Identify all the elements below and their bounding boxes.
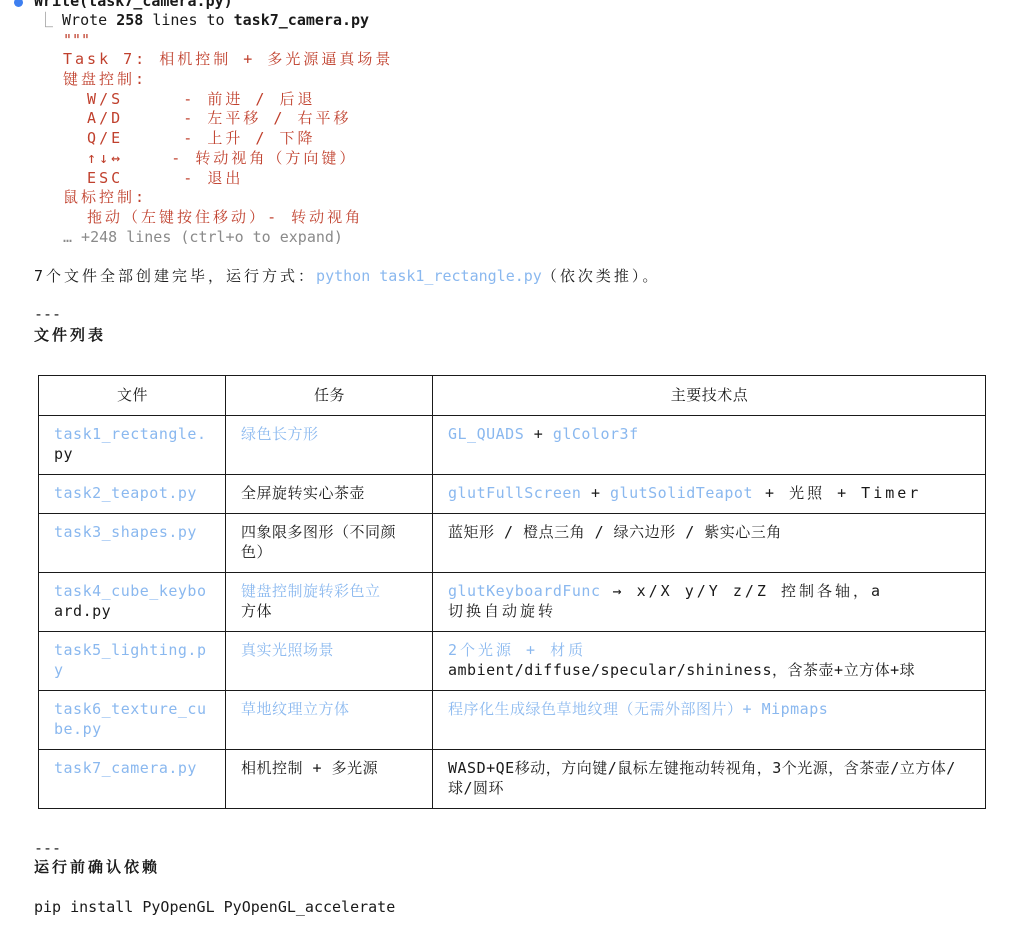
table-row: task3_shapes.py 四象限多图形（不同颜色） 蓝矩形 / 橙点三角 … (39, 514, 986, 573)
table-row: task4_cube_keyboard.py 键盘控制旋转彩色立方体 glutK… (39, 573, 986, 632)
expand-hint[interactable]: … +248 lines (ctrl+o to expand) (63, 227, 343, 247)
status-dot-icon (14, 0, 23, 7)
cell-task: 绿色长方形 (226, 416, 433, 475)
code-line: """ (63, 30, 90, 50)
cell-task: 全屏旋转实心茶壶 (226, 475, 433, 514)
cell-tech: 程序化生成绿色草地纹理（无需外部图片）+ Mipmaps (433, 691, 986, 750)
code-line: 键盘控制: (63, 69, 147, 89)
cell-tech: WASD+QE移动，方向键/鼠标左键拖动转视角，3个光源，含茶壶/立方体/球/圆… (433, 750, 986, 809)
separator: --- (34, 838, 61, 858)
cell-file: task4_cube_keyboard.py (39, 573, 226, 632)
table-row: task2_teapot.py 全屏旋转实心茶壶 glutFullScreen … (39, 475, 986, 514)
column-header-file: 文件 (39, 376, 226, 416)
column-header-task: 任务 (226, 376, 433, 416)
code-line: ↑↓↔ - 转动视角（方向键） (63, 148, 357, 168)
column-header-tech: 主要技术点 (433, 376, 986, 416)
table-row: task6_texture_cube.py 草地纹理立方体 程序化生成绿色草地纹… (39, 691, 986, 750)
cell-file: task5_lighting.py (39, 632, 226, 691)
table-row: task1_rectangle.py 绿色长方形 GL_QUADS + glCo… (39, 416, 986, 475)
code-line: W/S - 前进 / 后退 (63, 89, 315, 109)
tree-branch-icon: ⎿ (38, 11, 62, 29)
cell-task: 草地纹理立方体 (226, 691, 433, 750)
summary-line: 7个文件全部创建完毕，运行方式：python task1_rectangle.p… (34, 266, 660, 286)
table-row: task7_camera.py 相机控制 + 多光源 WASD+QE移动，方向键… (39, 750, 986, 809)
cell-file: task1_rectangle.py (39, 416, 226, 475)
cell-tech: GL_QUADS + glColor3f (433, 416, 986, 475)
code-line: 拖动（左键按住移动）- 转动视角 (63, 207, 363, 227)
cell-file: task2_teapot.py (39, 475, 226, 514)
cell-tech: 2个光源 + 材质ambient/diffuse/specular/shinin… (433, 632, 986, 691)
section-heading-files: 文件列表 (34, 325, 106, 345)
cell-file: task6_texture_cube.py (39, 691, 226, 750)
cell-tech: glutFullScreen + glutSolidTeapot + 光照 + … (433, 475, 986, 514)
code-line: 鼠标控制: (63, 187, 147, 207)
files-table: 文件 任务 主要技术点 task1_rectangle.py 绿色长方形 GL_… (38, 375, 986, 809)
cell-file: task7_camera.py (39, 750, 226, 809)
cell-task: 四象限多图形（不同颜色） (226, 514, 433, 573)
code-line: ESC - 退出 (63, 168, 243, 188)
tool-result-line: ⎿ Wrote 258 lines to task7_camera.py (38, 10, 369, 30)
install-command: pip install PyOpenGL PyOpenGL_accelerate (34, 897, 395, 917)
cell-file: task3_shapes.py (39, 514, 226, 573)
code-line: Task 7: 相机控制 + 多光源逼真场景 (63, 49, 393, 69)
code-line: A/D - 左平移 / 右平移 (63, 108, 351, 128)
table-row: task5_lighting.py 真实光照场景 2个光源 + 材质ambien… (39, 632, 986, 691)
cell-task: 真实光照场景 (226, 632, 433, 691)
cell-tech: 蓝矩形 / 橙点三角 / 绿六边形 / 紫实心三角 (433, 514, 986, 573)
code-line: Q/E - 上升 / 下降 (63, 128, 315, 148)
cell-task: 键盘控制旋转彩色立方体 (226, 573, 433, 632)
cell-task: 相机控制 + 多光源 (226, 750, 433, 809)
table-header-row: 文件 任务 主要技术点 (39, 376, 986, 416)
section-heading-deps: 运行前确认依赖 (34, 857, 160, 877)
run-command: python task1_rectangle.py (316, 267, 542, 285)
cell-tech: glutKeyboardFunc → x/X y/Y z/Z 控制各轴，a切换自… (433, 573, 986, 632)
separator: --- (34, 304, 61, 324)
